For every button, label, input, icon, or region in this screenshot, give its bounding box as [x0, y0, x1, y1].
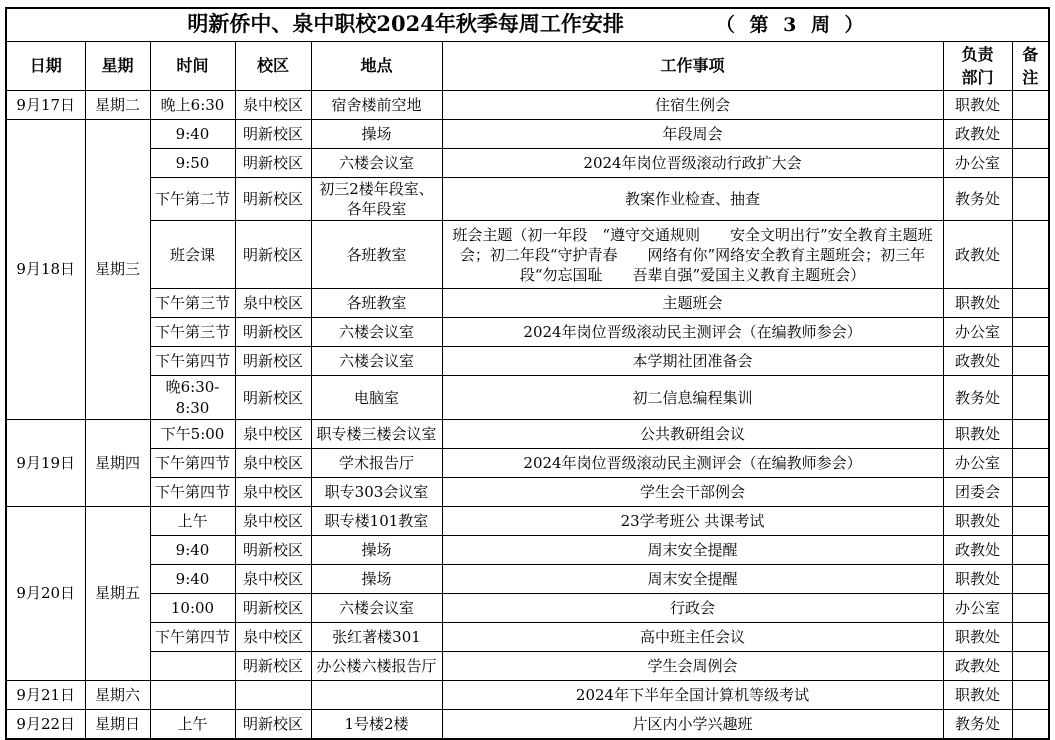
time-cell: 10:00: [150, 593, 235, 622]
date-cell: 9月22日: [6, 709, 85, 739]
schedule-row: 9:50明新校区六楼会议室2024年岗位晋级滚动行政扩大会办公室: [6, 148, 1049, 177]
task-cell: 2024年岗位晋级滚动行政扩大会: [442, 148, 943, 177]
time-cell: 下午第三节: [150, 289, 235, 318]
task-cell: 学生会周例会: [442, 651, 943, 680]
place-cell: [311, 680, 442, 709]
dept-cell: 职教处: [943, 289, 1012, 318]
place-cell: 六楼会议室: [311, 148, 442, 177]
date-cell: 9月21日: [6, 680, 85, 709]
note-cell: [1012, 289, 1049, 318]
campus-cell: 明新校区: [235, 709, 311, 739]
title-cell: 明新侨中、泉中职校2024年秋季每周工作安排 （ 第 3 周 ）: [6, 8, 1049, 41]
time-cell: 晚6:30-8:30: [150, 376, 235, 420]
note-cell: [1012, 376, 1049, 420]
column-header-weekday: 星期: [85, 41, 150, 90]
dept-cell: 办公室: [943, 448, 1012, 477]
schedule-row: 下午第三节泉中校区各班教室主题班会职教处: [6, 289, 1049, 318]
task-cell: 行政会: [442, 593, 943, 622]
schedule-title: 明新侨中、泉中职校2024年秋季每周工作安排: [187, 10, 623, 38]
time-cell: 9:40: [150, 564, 235, 593]
task-cell: 公共教研组会议: [442, 419, 943, 448]
task-cell: 片区内小学兴趣班: [442, 709, 943, 739]
note-cell: [1012, 564, 1049, 593]
time-cell: 上午: [150, 506, 235, 535]
place-cell: 职专303会议室: [311, 477, 442, 506]
time-cell: 9:40: [150, 535, 235, 564]
note-cell: [1012, 148, 1049, 177]
campus-cell: 明新校区: [235, 535, 311, 564]
date-cell: 9月19日: [6, 419, 85, 506]
task-cell: 初二信息编程集训: [442, 376, 943, 420]
dept-cell: 团委会: [943, 477, 1012, 506]
task-cell: 周末安全提醒: [442, 564, 943, 593]
task-cell: 2024年岗位晋级滚动民主测评会（在编教师参会）: [442, 448, 943, 477]
campus-cell: 明新校区: [235, 347, 311, 376]
date-cell: 9月17日: [6, 90, 85, 119]
dept-cell: 政教处: [943, 535, 1012, 564]
place-cell: 办公楼六楼报告厅: [311, 651, 442, 680]
date-cell: 9月20日: [6, 506, 85, 680]
date-cell: 9月18日: [6, 119, 85, 419]
time-cell: 下午第四节: [150, 448, 235, 477]
campus-cell: 明新校区: [235, 119, 311, 148]
weekday-cell: 星期二: [85, 90, 150, 119]
week-number-label: （ 第 3 周 ）: [716, 13, 868, 39]
time-cell: 晚上6:30: [150, 90, 235, 119]
dept-cell: 职教处: [943, 506, 1012, 535]
campus-cell: 泉中校区: [235, 622, 311, 651]
schedule-row: 班会课明新校区各班教室班会主题（初一年段 “遵守交通规则 安全文明出行”安全教育…: [6, 221, 1049, 289]
dept-cell: 政教处: [943, 119, 1012, 148]
note-cell: [1012, 221, 1049, 289]
dept-cell: 办公室: [943, 318, 1012, 347]
note-cell: [1012, 622, 1049, 651]
schedule-row: 下午第二节明新校区初三2楼年段室、各年段室教案作业检查、抽查教务处: [6, 177, 1049, 221]
place-cell: 各班教室: [311, 289, 442, 318]
time-cell: 下午第三节: [150, 318, 235, 347]
task-cell: 本学期社团准备会: [442, 347, 943, 376]
campus-cell: 明新校区: [235, 593, 311, 622]
column-header-note: 备注: [1012, 41, 1049, 90]
schedule-row: 下午第三节明新校区六楼会议室2024年岗位晋级滚动民主测评会（在编教师参会）办公…: [6, 318, 1049, 347]
schedule-row: 9月22日星期日上午明新校区1号楼2楼片区内小学兴趣班教务处: [6, 709, 1049, 739]
weekly-schedule-table: 明新侨中、泉中职校2024年秋季每周工作安排 （ 第 3 周 ） 日期 星期 时…: [5, 7, 1050, 740]
time-cell: 下午第四节: [150, 477, 235, 506]
schedule-row: 下午第四节泉中校区职专303会议室学生会干部例会团委会: [6, 477, 1049, 506]
campus-cell: 泉中校区: [235, 90, 311, 119]
place-cell: 操场: [311, 119, 442, 148]
campus-cell: [235, 680, 311, 709]
schedule-row: 9月20日星期五上午泉中校区职专楼101教室23学考班公 共课考试职教处: [6, 506, 1049, 535]
dept-cell: 职教处: [943, 680, 1012, 709]
dept-cell: 办公室: [943, 593, 1012, 622]
task-cell: 23学考班公 共课考试: [442, 506, 943, 535]
weekday-cell: 星期日: [85, 709, 150, 739]
dept-cell: 教务处: [943, 709, 1012, 739]
place-cell: 六楼会议室: [311, 593, 442, 622]
note-cell: [1012, 593, 1049, 622]
task-cell: 主题班会: [442, 289, 943, 318]
place-cell: 电脑室: [311, 376, 442, 420]
schedule-row: 下午第四节泉中校区张红著楼301高中班主任会议职教处: [6, 622, 1049, 651]
column-header-place: 地点: [311, 41, 442, 90]
column-header-time: 时间: [150, 41, 235, 90]
note-cell: [1012, 90, 1049, 119]
column-header-dept: 负责部门: [943, 41, 1012, 90]
place-cell: 六楼会议室: [311, 318, 442, 347]
place-cell: 职专楼101教室: [311, 506, 442, 535]
campus-cell: 明新校区: [235, 318, 311, 347]
weekday-cell: 星期六: [85, 680, 150, 709]
dept-cell: 教务处: [943, 177, 1012, 221]
place-cell: 职专楼三楼会议室: [311, 419, 442, 448]
campus-cell: 泉中校区: [235, 506, 311, 535]
place-cell: 操场: [311, 535, 442, 564]
note-cell: [1012, 347, 1049, 376]
note-cell: [1012, 419, 1049, 448]
note-cell: [1012, 477, 1049, 506]
schedule-row: 下午第四节泉中校区学术报告厅2024年岗位晋级滚动民主测评会（在编教师参会）办公…: [6, 448, 1049, 477]
time-cell: 下午第二节: [150, 177, 235, 221]
task-cell: 学生会干部例会: [442, 477, 943, 506]
note-cell: [1012, 177, 1049, 221]
time-cell: 9:50: [150, 148, 235, 177]
note-cell: [1012, 448, 1049, 477]
schedule-row: 晚6:30-8:30明新校区电脑室初二信息编程集训教务处: [6, 376, 1049, 420]
column-header-task: 工作事项: [442, 41, 943, 90]
dept-cell: 职教处: [943, 419, 1012, 448]
time-cell: [150, 651, 235, 680]
column-header-row: 日期 星期 时间 校区 地点 工作事项 负责部门 备注: [6, 41, 1049, 90]
weekday-cell: 星期三: [85, 119, 150, 419]
campus-cell: 泉中校区: [235, 477, 311, 506]
schedule-row: 9:40泉中校区操场周末安全提醒职教处: [6, 564, 1049, 593]
schedule-row: 10:00明新校区六楼会议室行政会办公室: [6, 593, 1049, 622]
task-cell: 住宿生例会: [442, 90, 943, 119]
place-cell: 张红著楼301: [311, 622, 442, 651]
schedule-row: 9:40明新校区操场周末安全提醒政教处: [6, 535, 1049, 564]
dept-cell: 办公室: [943, 148, 1012, 177]
dept-cell: 职教处: [943, 622, 1012, 651]
time-cell: 下午第四节: [150, 347, 235, 376]
place-cell: 初三2楼年段室、各年段室: [311, 177, 442, 221]
schedule-row: 9月17日星期二晚上6:30泉中校区宿舍楼前空地住宿生例会职教处: [6, 90, 1049, 119]
task-cell: 2024年岗位晋级滚动民主测评会（在编教师参会）: [442, 318, 943, 347]
weekday-cell: 星期五: [85, 506, 150, 680]
schedule-row: 9月21日星期六2024年下半年全国计算机等级考试职教处: [6, 680, 1049, 709]
column-header-date: 日期: [6, 41, 85, 90]
dept-cell: 政教处: [943, 347, 1012, 376]
task-cell: 班会主题（初一年段 “遵守交通规则 安全文明出行”安全教育主题班会；初二年段“守…: [442, 221, 943, 289]
note-cell: [1012, 506, 1049, 535]
schedule-row: 9月18日星期三9:40明新校区操场年段周会政教处: [6, 119, 1049, 148]
task-cell: 周末安全提醒: [442, 535, 943, 564]
dept-cell: 政教处: [943, 651, 1012, 680]
campus-cell: 泉中校区: [235, 564, 311, 593]
time-cell: 班会课: [150, 221, 235, 289]
task-cell: 高中班主任会议: [442, 622, 943, 651]
note-cell: [1012, 535, 1049, 564]
campus-cell: 明新校区: [235, 376, 311, 420]
campus-cell: 明新校区: [235, 651, 311, 680]
place-cell: 操场: [311, 564, 442, 593]
schedule-row: 9月19日星期四下午5:00泉中校区职专楼三楼会议室公共教研组会议职教处: [6, 419, 1049, 448]
note-cell: [1012, 709, 1049, 739]
place-cell: 学术报告厅: [311, 448, 442, 477]
task-cell: 2024年下半年全国计算机等级考试: [442, 680, 943, 709]
campus-cell: 泉中校区: [235, 289, 311, 318]
dept-cell: 职教处: [943, 564, 1012, 593]
dept-cell: 政教处: [943, 221, 1012, 289]
time-cell: [150, 680, 235, 709]
place-cell: 1号楼2楼: [311, 709, 442, 739]
schedule-row: 明新校区办公楼六楼报告厅学生会周例会政教处: [6, 651, 1049, 680]
dept-cell: 职教处: [943, 90, 1012, 119]
campus-cell: 泉中校区: [235, 448, 311, 477]
note-cell: [1012, 680, 1049, 709]
place-cell: 宿舍楼前空地: [311, 90, 442, 119]
weekday-cell: 星期四: [85, 419, 150, 506]
place-cell: 各班教室: [311, 221, 442, 289]
note-cell: [1012, 318, 1049, 347]
note-cell: [1012, 651, 1049, 680]
title-row: 明新侨中、泉中职校2024年秋季每周工作安排 （ 第 3 周 ）: [6, 8, 1049, 41]
time-cell: 下午第四节: [150, 622, 235, 651]
campus-cell: 明新校区: [235, 221, 311, 289]
time-cell: 9:40: [150, 119, 235, 148]
schedule-rows: 明新侨中、泉中职校2024年秋季每周工作安排 （ 第 3 周 ） 日期 星期 时…: [6, 8, 1049, 739]
task-cell: 教案作业检查、抽查: [442, 177, 943, 221]
note-cell: [1012, 119, 1049, 148]
campus-cell: 泉中校区: [235, 419, 311, 448]
place-cell: 六楼会议室: [311, 347, 442, 376]
column-header-campus: 校区: [235, 41, 311, 90]
schedule-row: 下午第四节明新校区六楼会议室本学期社团准备会政教处: [6, 347, 1049, 376]
dept-cell: 教务处: [943, 376, 1012, 420]
campus-cell: 明新校区: [235, 148, 311, 177]
page: 明新侨中、泉中职校2024年秋季每周工作安排 （ 第 3 周 ） 日期 星期 时…: [0, 0, 1055, 740]
campus-cell: 明新校区: [235, 177, 311, 221]
time-cell: 上午: [150, 709, 235, 739]
time-cell: 下午5:00: [150, 419, 235, 448]
task-cell: 年段周会: [442, 119, 943, 148]
